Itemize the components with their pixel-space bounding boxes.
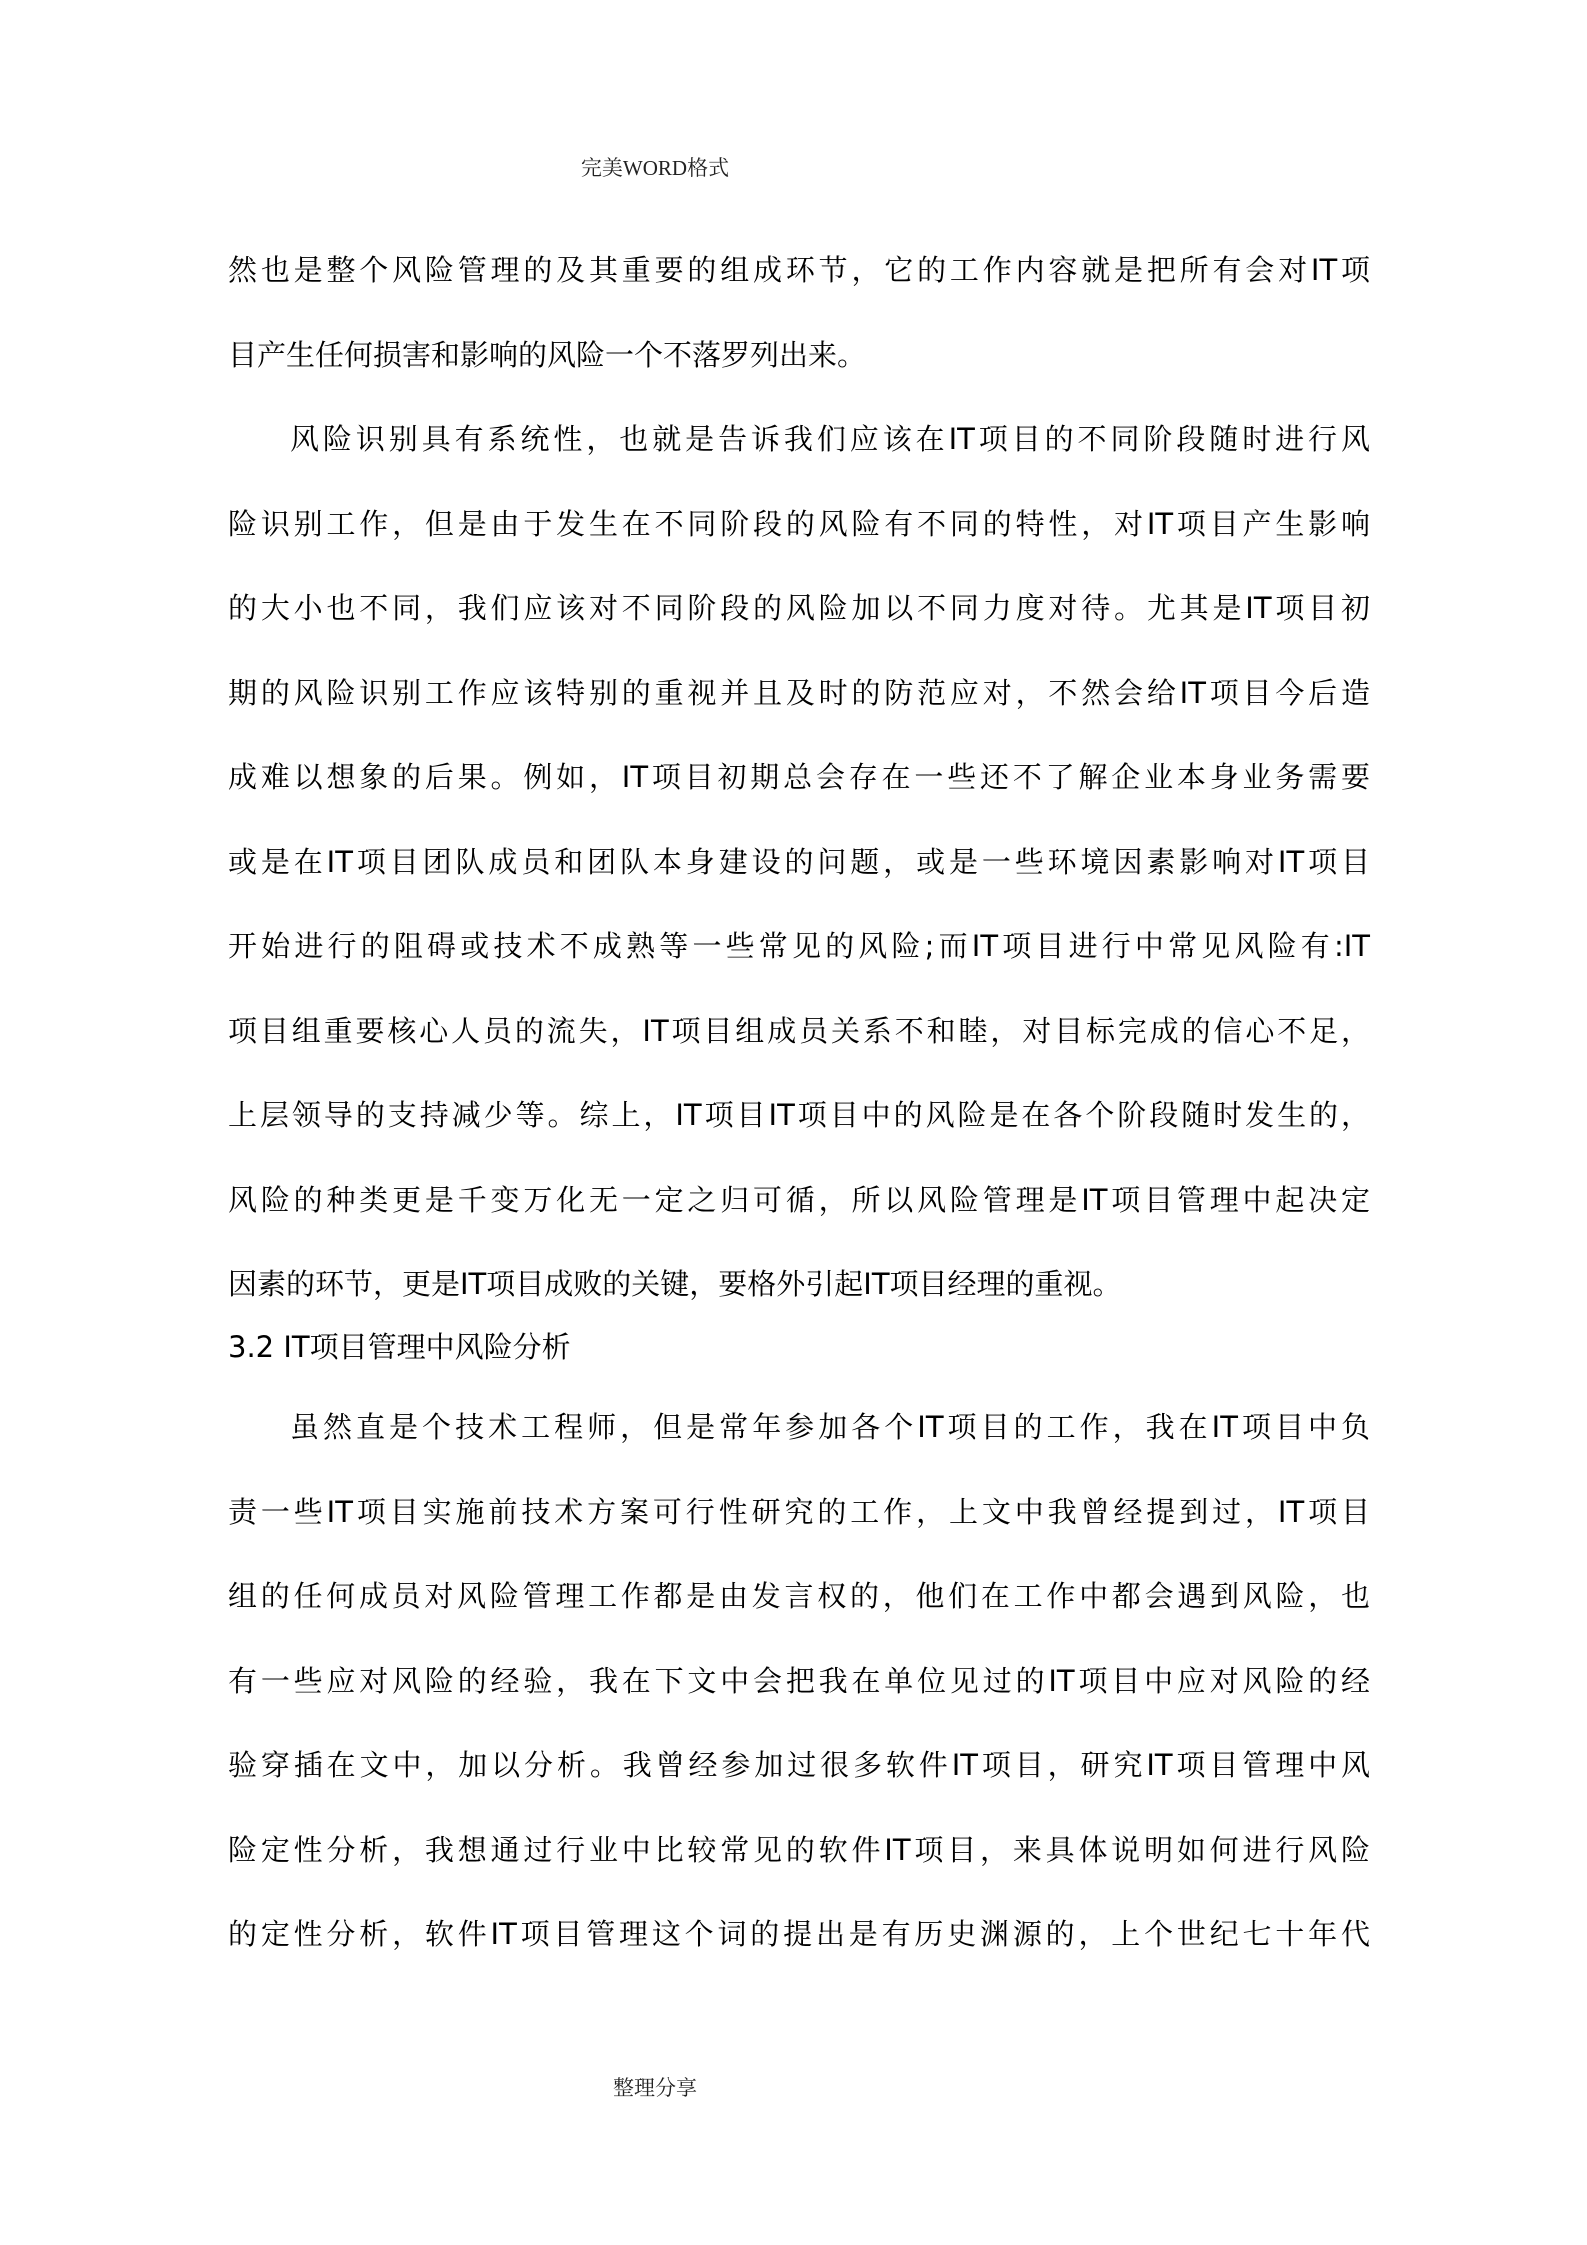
text-line: 险识别工作，但是由于发生在不同阶段的风险有不同的特性，对IT项目产生影响	[228, 482, 1370, 567]
document-body: 然也是整个风险管理的及其重要的组成环节，它的工作内容就是把所有会对IT项 目产生…	[228, 228, 1370, 1977]
text-line: 的大小也不同，我们应该对不同阶段的风险加以不同力度对待。尤其是IT项目初	[228, 566, 1370, 651]
text-line: 开始进行的阻碍或技术不成熟等一些常见的风险;而IT项目进行中常见风险有:IT	[228, 904, 1370, 989]
text-line: 责一些IT项目实施前技术方案可行性研究的工作，上文中我曾经提到过，IT项目	[228, 1470, 1370, 1555]
page-footer: 整理分享	[0, 2072, 1310, 2102]
text-line: 险定性分析，我想通过行业中比较常见的软件IT项目，来具体说明如何进行风险	[228, 1808, 1370, 1893]
text-line: 的定性分析，软件IT项目管理这个词的提出是有历史渊源的，上个世纪七十年代	[228, 1892, 1370, 1977]
text-line: 风险的种类更是千变万化无一定之归可循，所以风险管理是IT项目管理中起决定	[228, 1158, 1370, 1243]
paragraph-continuation: 然也是整个风险管理的及其重要的组成环节，它的工作内容就是把所有会对IT项 目产生…	[228, 228, 1370, 397]
text-line: 成难以想象的后果。例如，IT项目初期总会存在一些还不了解企业本身业务需要	[228, 735, 1370, 820]
text-line: 有一些应对风险的经验，我在下文中会把我在单位见过的IT项目中应对风险的经	[228, 1639, 1370, 1724]
text-line: 或是在IT项目团队成员和团队本身建设的问题，或是一些环境因素影响对IT项目	[228, 820, 1370, 905]
page-header: 完美WORD格式	[0, 152, 1310, 182]
text-line: 上层领导的支持减少等。综上，IT项目IT项目中的风险是在各个阶段随时发生的，	[228, 1073, 1370, 1158]
text-line: 然也是整个风险管理的及其重要的组成环节，它的工作内容就是把所有会对IT项	[228, 228, 1370, 313]
text-line: 项目组重要核心人员的流失，IT项目组成员关系不和睦，对目标完成的信心不足，	[228, 989, 1370, 1074]
paragraph-risk-identification: 风险识别具有系统性，也就是告诉我们应该在IT项目的不同阶段随时进行风 险识别工作…	[228, 397, 1370, 1327]
text-line: 期的风险识别工作应该特别的重视并且及时的防范应对，不然会给IT项目今后造	[228, 651, 1370, 736]
text-line: 验穿插在文中，加以分析。我曾经参加过很多软件IT项目，研究IT项目管理中风	[228, 1723, 1370, 1808]
text-line: 目产生任何损害和影响的风险一个不落罗列出来。	[228, 313, 1370, 398]
text-line: 组的任何成员对风险管理工作都是由发言权的，他们在工作中都会遇到风险，也	[228, 1554, 1370, 1639]
text-line: 虽然直是个技术工程师，但是常年参加各个IT项目的工作，我在IT项目中负	[228, 1385, 1370, 1470]
text-line: 风险识别具有系统性，也就是告诉我们应该在IT项目的不同阶段随时进行风	[228, 397, 1370, 482]
paragraph-risk-analysis: 虽然直是个技术工程师，但是常年参加各个IT项目的工作，我在IT项目中负 责一些I…	[228, 1385, 1370, 1977]
